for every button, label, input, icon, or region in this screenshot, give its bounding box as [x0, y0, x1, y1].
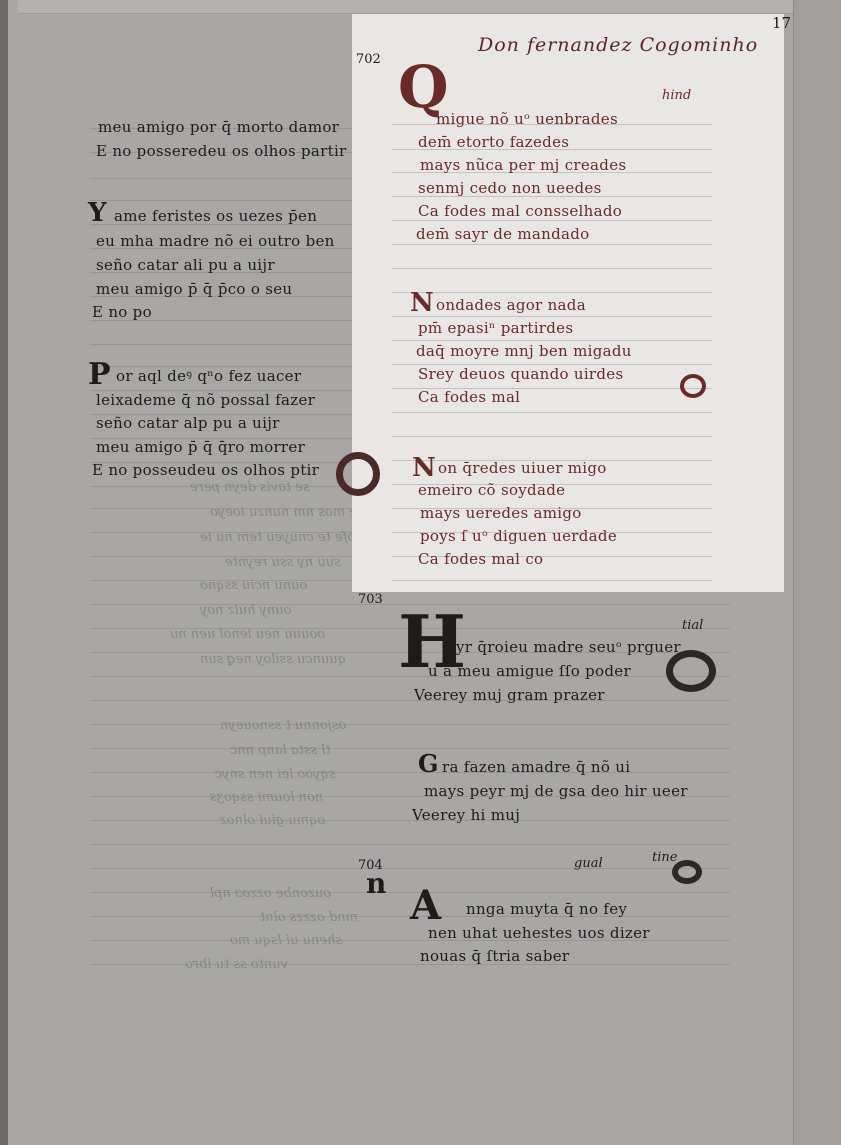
verse-line: eu mha madre nõ ei outro ben: [96, 232, 335, 250]
bleed-through-text: oouuu neu ienol uen nu: [170, 627, 325, 642]
bleed-through-text: ouny hulz noy: [200, 603, 291, 618]
verse-line: ra fazen amadre q̄ nõ ui: [442, 758, 630, 776]
bleed-through-text: ouzonbe ozzoɔ npl: [210, 886, 331, 901]
verse-line: nen uhat uehestes uos dizer: [428, 924, 650, 942]
verse-line: ame feristes os uezes p̄en: [114, 207, 317, 225]
verse-line: daq̄ moyre mnj ben migadu: [416, 342, 632, 360]
verse-line: poys ſ uᵒ diguen uerdade: [420, 527, 617, 545]
verse-line: u a meu amigue ſſo poder: [428, 662, 631, 680]
decorated-initial-a: A: [410, 886, 441, 926]
verse-line: seño catar alp pu a uijr: [96, 414, 280, 432]
verse-line: Veerey muj gram prazer: [414, 686, 605, 704]
verse-line: mays peyr mj de gsa deo hir ueer: [424, 782, 688, 800]
bleed-through-text: ounu nciu ssqno: [200, 578, 307, 593]
decorated-initial-o: [666, 650, 716, 692]
decorated-initial-o: [336, 452, 380, 496]
verse-line: mays ueredes amigo: [420, 504, 582, 522]
bleed-through-text: mnd ozzzs olnt: [260, 910, 358, 925]
verse-line: emeiro cõ soydade: [418, 481, 565, 499]
catchword-o: [680, 374, 706, 398]
initial-letter: N: [412, 455, 436, 481]
verse-line: E no po: [92, 303, 152, 321]
page-binding-edge: [0, 0, 8, 1145]
page-right-margin: [793, 0, 841, 1145]
verse-line: Ca fodes mal: [418, 388, 520, 406]
verse-line: ondades agor nada: [436, 296, 586, 314]
verse-line: migue nõ uᵒ uenbrades: [436, 110, 618, 128]
bleed-through-text: tl ssta lanp nnc: [230, 743, 331, 758]
verse-line: Ca fodes mal co: [418, 550, 543, 568]
verse-line: seño catar ali pu a uijr: [96, 256, 275, 274]
verse-line: dem̄ sayr de mandado: [416, 225, 589, 243]
marginal-note: gual: [574, 856, 603, 871]
marginal-note: hind: [662, 88, 691, 103]
bleed-through-text: quuncu ssiloy neꝗ sun: [200, 652, 346, 667]
folio-number: 17: [772, 14, 791, 32]
bleed-through-text: oqmu giui olnoz: [220, 813, 325, 828]
verse-line: meu amigo p̄ q̄ p̄co o seu: [96, 280, 292, 298]
verse-line: dem̄ etorto fazedes: [418, 133, 569, 151]
initial-letter: G: [418, 752, 439, 776]
verse-line: meu amigo p̄ q̄ q̄ro morrer: [96, 438, 305, 456]
verse-line: meu amigo por q̄ morto damor: [98, 118, 339, 136]
initial-letter: Y: [88, 200, 107, 226]
verse-line: Veerey hi muj: [412, 806, 520, 824]
verse-line: senmj cedo non ueedes: [418, 179, 602, 197]
bleed-through-text: se tavis deyn pere: [190, 480, 310, 495]
verse-line: pm̄ epasiⁿ partirdes: [418, 319, 573, 337]
bleed-through-text: osjonnu t ssnoueyn: [220, 718, 346, 733]
decorated-initial-q: Q: [398, 58, 449, 116]
marginal-note: tial: [682, 618, 703, 633]
poem-number: 702: [356, 52, 381, 67]
bleed-through-text: shenu ui lsqu mo: [230, 933, 342, 948]
verse-line: yr q̄roieu madre seuᵒ prguer: [456, 638, 681, 656]
verse-line: Ca fodes mal consselhado: [418, 202, 622, 220]
verse-line: on q̄redes uiuer migo: [438, 459, 607, 477]
bleed-through-text: vunto ss tu ibro: [185, 957, 288, 972]
bleed-through-text: sqyoo lei nen snyc: [215, 767, 336, 782]
verse-line: nouas q̄ ſtria saber: [420, 947, 569, 965]
poem-number: 703: [358, 592, 383, 607]
marginal-note: tine: [652, 850, 677, 865]
verse-line: mays nũca per mj creades: [420, 156, 626, 174]
bleed-through-text: non loumi ssqoʒs: [210, 790, 323, 805]
catchword-a: [672, 860, 702, 884]
catchword-n: n: [366, 870, 386, 898]
verse-line: E no posseudeu os olhos ptir: [92, 461, 319, 479]
verse-line: or aql deꝰ qⁿo fez uacer: [116, 366, 301, 386]
verse-line: nnga muyta q̄ no fey: [466, 900, 627, 918]
manuscript-page: se tavis deyn pere outz mos nm nunzu ioe…: [0, 0, 841, 1145]
page-heading: Don fernandez Cogominho: [478, 34, 758, 56]
verse-line: E no posseredeu os olhos partir: [96, 142, 347, 160]
bleed-through-text: sofe te cnuyeu tem nu ie: [200, 530, 362, 545]
page-top-edge: [18, 0, 841, 14]
initial-letter: N: [410, 290, 434, 316]
bleed-through-text: suu ny ssu reynte: [225, 555, 341, 570]
initial-letter: P: [88, 360, 111, 390]
verse-line: leixademe q̄ nõ possal fazer: [96, 391, 315, 409]
verse-line: Srey deuos quando uirdes: [418, 365, 623, 383]
